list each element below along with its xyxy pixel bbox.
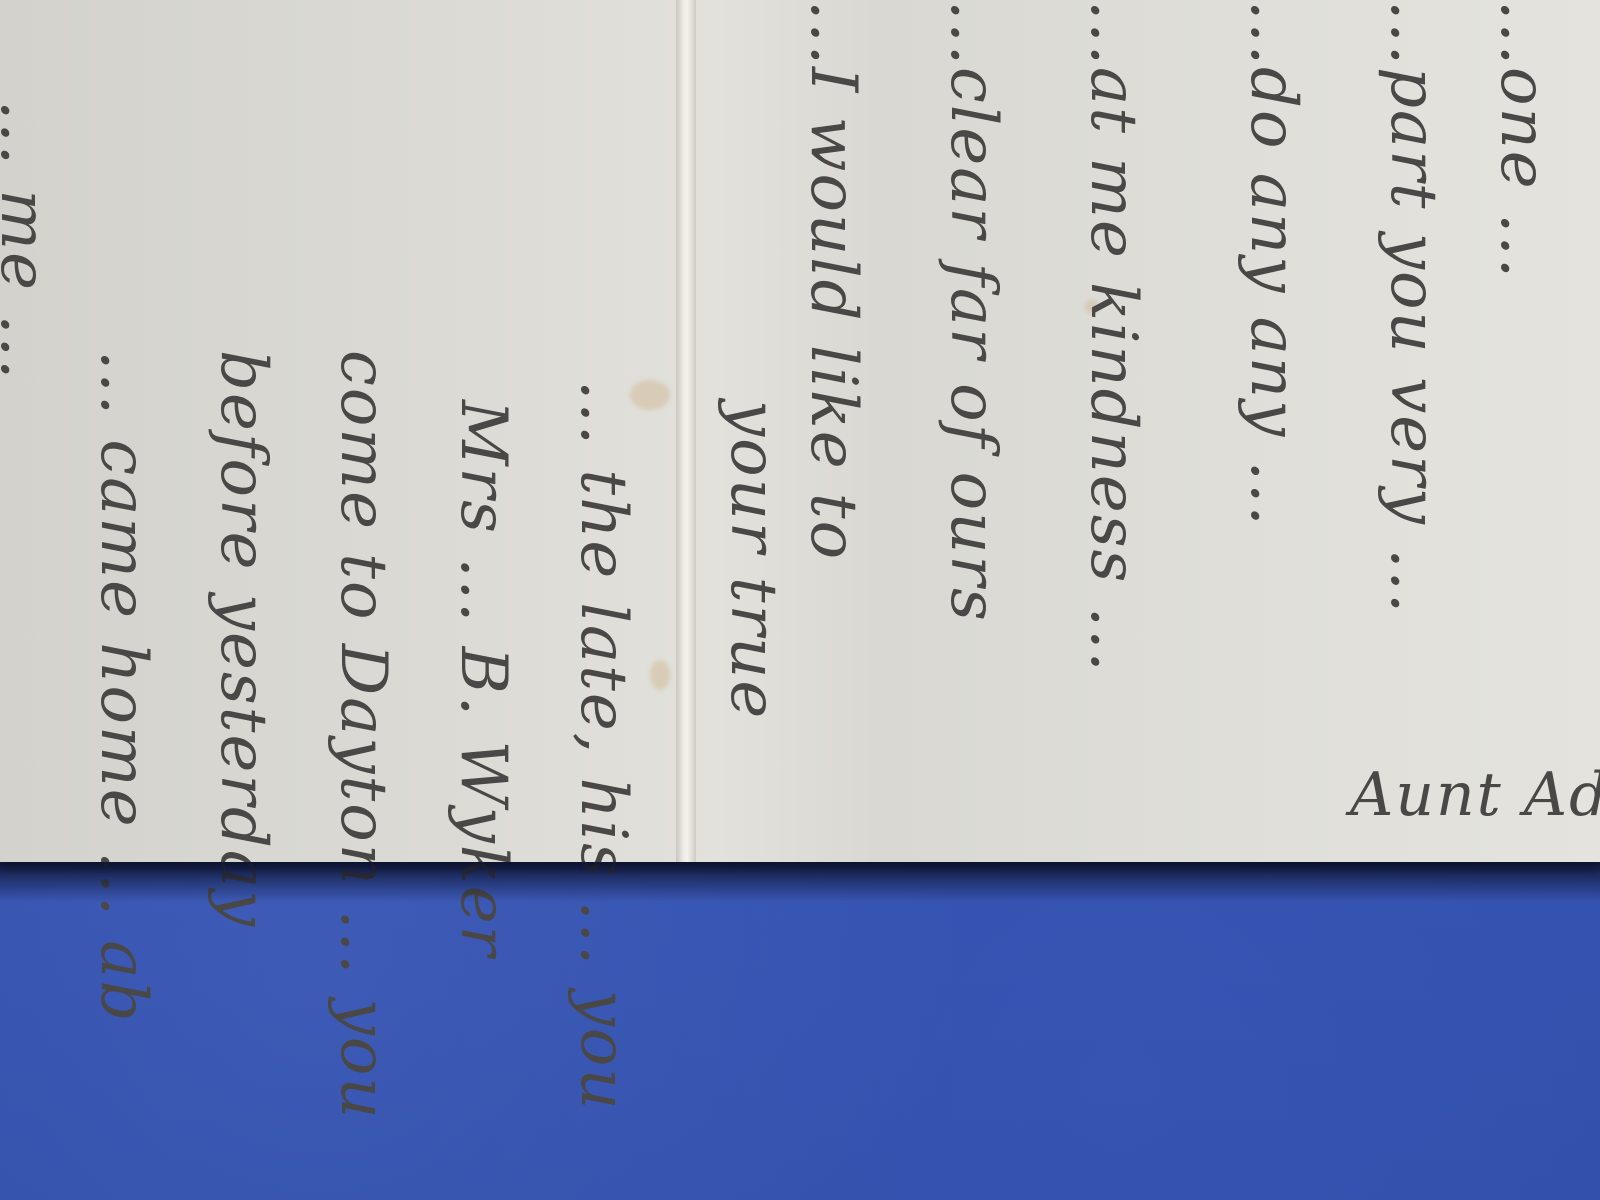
paper-stain <box>650 660 670 690</box>
letter-line: before yesterday <box>206 350 280 928</box>
letter-line: ...clear far of ours <box>936 0 1010 623</box>
letter-closing: your true <box>716 400 790 720</box>
letter-line: ... the late, his ... you <box>566 380 640 1112</box>
letter-line: ...one ... <box>1486 0 1560 280</box>
letter-line: ...part you very ... <box>1376 0 1450 615</box>
letter-line: ... came home ... ab <box>86 350 160 1023</box>
letter-line: ... me ... <box>0 100 60 381</box>
letter-line: ...do any any ... <box>1236 0 1310 528</box>
letter-line: come to Dayton ... you <box>326 350 400 1121</box>
letter-line: ...I would like to <box>796 0 870 561</box>
signature: Aunt Adelaide <box>1350 760 1600 830</box>
letter-paper: ...one ... ...part you very ... ...do an… <box>0 0 1600 862</box>
paper-shadow <box>0 862 1600 902</box>
letter-line: ...at me kindness ... <box>1076 0 1150 674</box>
fold-crease <box>676 0 696 862</box>
